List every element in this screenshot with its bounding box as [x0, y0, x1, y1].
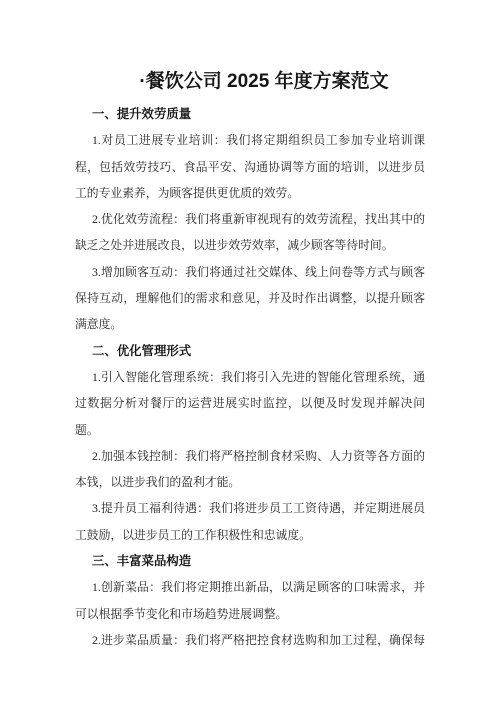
paragraph-line: 3.提升员工福利待遇：我们将进步员工工资待遇，并定期进展员: [75, 495, 425, 521]
paragraph-line: 题。: [75, 417, 425, 443]
section-heading: 一、提升效劳质量: [75, 101, 425, 127]
document-page: ·餐饮公司 2025 年度方案范文 一、提升效劳质量1.对员工进展专业培训：我们…: [0, 0, 500, 707]
section-heading: 二、优化管理形式: [75, 338, 425, 364]
paragraph-line: 2.进步菜品质量：我们将严格把控食材选购和加工过程，确保每: [75, 627, 425, 653]
paragraph-line: 1.引入智能化管理系统：我们将引入先进的智能化管理系统，通: [75, 364, 425, 390]
paragraph-line: 过数据分析对餐厅的运营进展实时监控，以便及时发现并解决问: [75, 390, 425, 416]
paragraph-line: 满意度。: [75, 311, 425, 337]
paragraph-line: 保持互动，理解他们的需求和意见，并及时作出调整，以提升顾客: [75, 285, 425, 311]
paragraph-line: 本钱，以进步我们的盈利才能。: [75, 469, 425, 495]
paragraph-line: 2.优化效劳流程：我们将重新审视现有的效劳流程，找出其中的: [75, 206, 425, 232]
paragraph-line: 1.创新菜品：我们将定期推出新品，以满足顾客的口味需求，并: [75, 574, 425, 600]
paragraph-line: 2.加强本钱控制：我们将严格控制食材采购、人力资等各方面的: [75, 443, 425, 469]
paragraph-line: 3.增加顾客互动：我们将通过社交媒体、线上问卷等方式与顾客: [75, 259, 425, 285]
paragraph-line: 可以根据季节变化和市场趋势进展调整。: [75, 601, 425, 627]
paragraph-line: 程，包括效劳技巧、食品平安、沟通协调等方面的培训，以进步员: [75, 154, 425, 180]
paragraph-line: 缺乏之处并进展改良，以进步效劳效率，减少顾客等待时间。: [75, 232, 425, 258]
document-content: 一、提升效劳质量1.对员工进展专业培训：我们将定期组织员工参加专业培训课程，包括…: [75, 101, 425, 653]
paragraph-line: 工鼓励，以进步员工的工作积极性和忠诚度。: [75, 522, 425, 548]
paragraph-line: 工的专业素养，为顾客提供更优质的效劳。: [75, 180, 425, 206]
doc-title: ·餐饮公司 2025 年度方案范文: [75, 66, 425, 98]
paragraph-line: 1.对员工进展专业培训：我们将定期组织员工参加专业培训课: [75, 127, 425, 153]
section-heading: 三、丰富菜品构造: [75, 548, 425, 574]
